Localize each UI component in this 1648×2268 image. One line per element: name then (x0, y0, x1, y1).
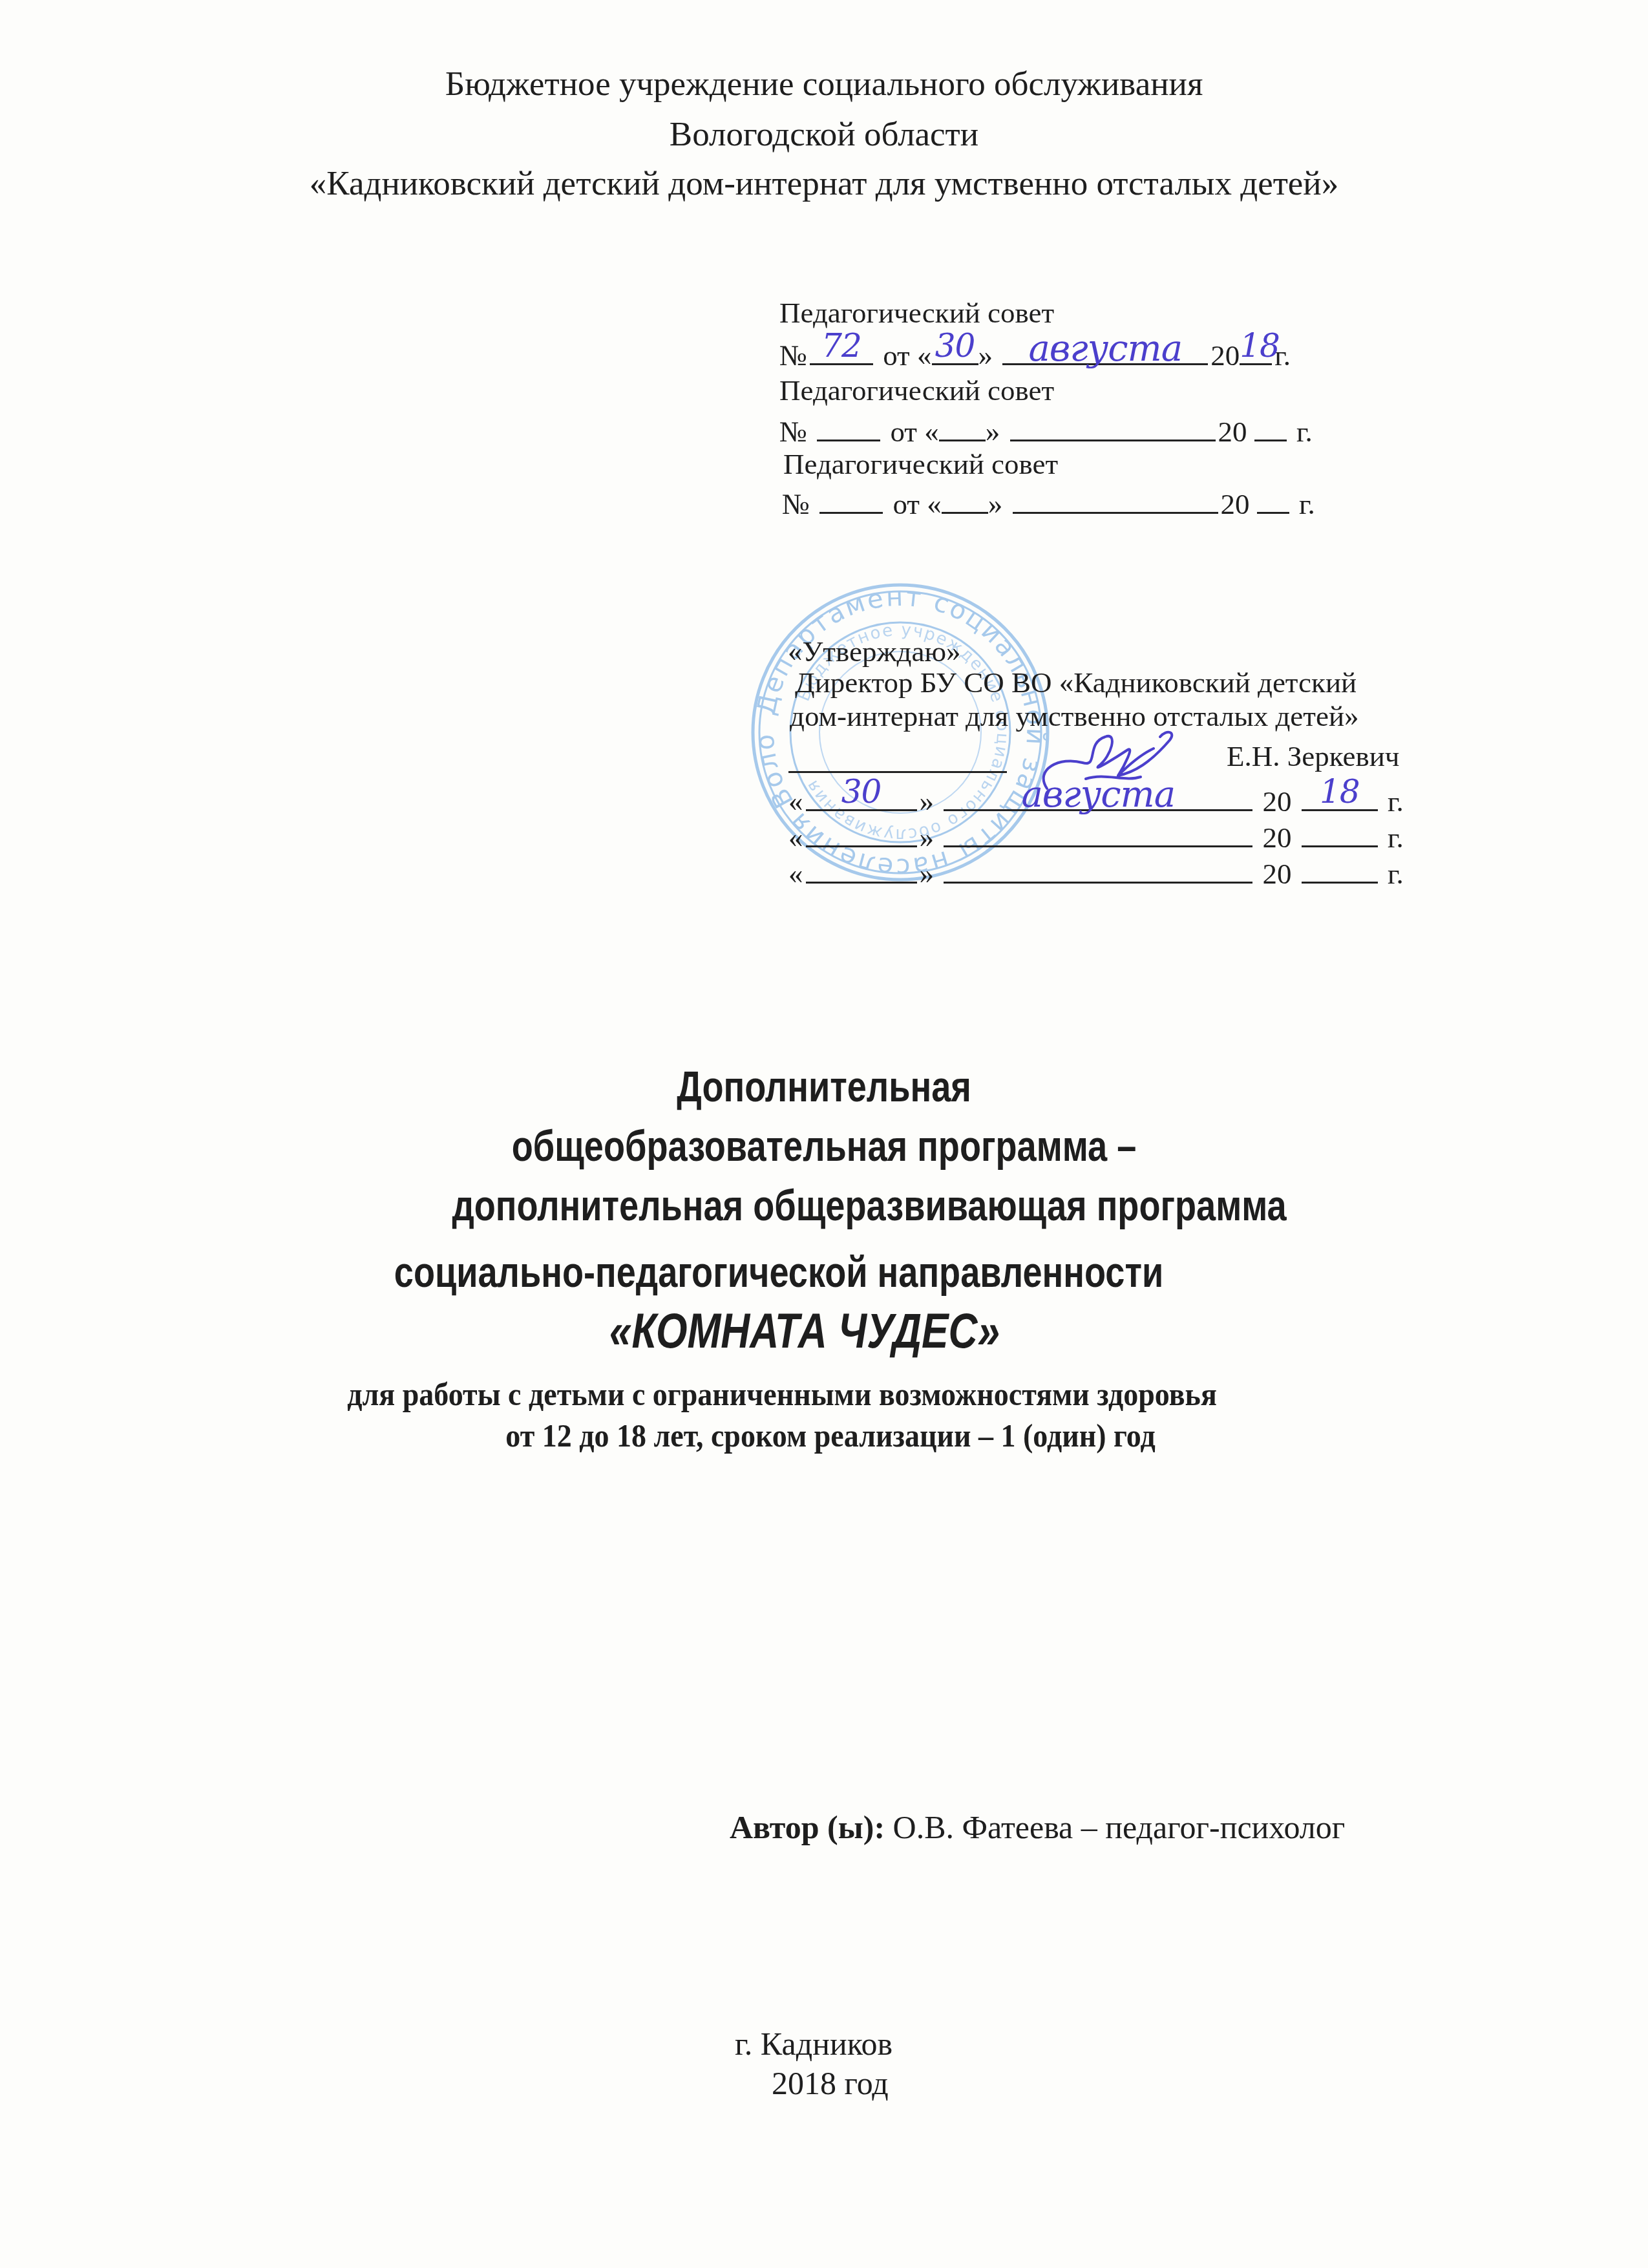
approval-year-field (1302, 820, 1378, 847)
council-month-value: августа (1002, 331, 1208, 367)
approval-year-field: 18 (1302, 783, 1378, 811)
title-line-4: социально-педагогической направленности (103, 1251, 1455, 1293)
council-day-field: 30 (932, 337, 978, 365)
quote-close: » (986, 416, 1000, 448)
approval-day-field (806, 856, 917, 884)
council-day-field (942, 486, 988, 514)
quote-open: « (788, 785, 803, 818)
council-label: Педагогический совет (783, 450, 1058, 479)
quote-open: « (788, 858, 803, 890)
year-suffix: г. (1388, 858, 1404, 890)
approval-month-field (944, 820, 1252, 847)
signatory-name: Е.Н. Зеркевич (1227, 742, 1399, 771)
council-number-field (817, 414, 880, 441)
program-age-duration: от 12 до 18 лет, сроком реализации – 1 (… (72, 1419, 1589, 1452)
council-day-field (939, 414, 986, 441)
approval-day-field (806, 820, 917, 847)
from-label: от « (890, 416, 938, 448)
approval-day-value: 30 (806, 776, 917, 808)
council-day-value: 30 (932, 330, 978, 362)
program-name: «КОМНАТА ЧУДЕС» (129, 1307, 1481, 1356)
approval-year-field (1302, 856, 1378, 884)
council-record: № от «» 20 г. (782, 486, 1315, 519)
number-sign: № (779, 339, 807, 372)
year-prefix: 20 (1218, 416, 1247, 448)
number-sign: № (779, 416, 807, 448)
council-number-value: 72 (810, 330, 873, 362)
program-target-audience: для работы с детьми с ограниченными возм… (24, 1378, 1540, 1410)
council-month-field (1010, 414, 1216, 441)
director-position-line-2: дом-интернат для умственно отсталых дете… (790, 702, 1359, 731)
year-prefix: 20 (1263, 785, 1292, 818)
from-label: от « (883, 339, 931, 372)
quote-close: » (920, 785, 935, 818)
number-sign: № (782, 488, 810, 520)
year-suffix: г. (1388, 785, 1404, 818)
signature-line (788, 771, 1007, 773)
year-prefix: 20 (1221, 488, 1250, 520)
council-month-field (1013, 486, 1218, 514)
approval-day-field: 30 (806, 783, 917, 811)
title-line-1: Дополнительная (149, 1065, 1500, 1108)
quote-close: » (920, 821, 935, 854)
author-line: Автор (ы): О.В. Фатеева – педагог-психол… (730, 1808, 1345, 1846)
council-record: №72 от «30» августа2018г. (779, 337, 1291, 370)
council-number-field: 72 (810, 337, 873, 365)
quote-close: » (978, 339, 993, 372)
council-label: Педагогический совет (779, 376, 1054, 405)
council-record: № от «» 20 г. (779, 414, 1313, 447)
author-label: Автор (ы): (730, 1809, 885, 1845)
council-year-field (1257, 486, 1289, 514)
approval-year-value: 18 (1302, 776, 1378, 808)
title-line-3: дополнительная общеразвивающая программа (194, 1184, 1545, 1227)
year-prefix: 20 (1263, 858, 1292, 890)
approve-label: «Утверждаю» (788, 637, 961, 666)
council-year-field: 18 (1240, 337, 1272, 365)
approval-month-field (944, 856, 1252, 884)
org-name-line-2: Вологодской области (0, 118, 1648, 152)
council-month-field: августа (1002, 337, 1208, 365)
quote-close: » (988, 488, 1003, 520)
year-suffix: г. (1388, 821, 1404, 854)
approval-date-row: «» 20 г. (788, 856, 1404, 889)
city: г. Кадников (735, 2025, 893, 2062)
approval-date-row: «» 20 г. (788, 820, 1404, 853)
quote-close: » (920, 858, 935, 890)
year: 2018 год (772, 2064, 889, 2102)
year-suffix: г. (1299, 488, 1315, 520)
org-name-line-1: Бюджетное учреждение социального обслужи… (0, 67, 1648, 101)
approval-month-value: августа (944, 777, 1252, 813)
quote-open: « (788, 821, 803, 854)
from-label: от « (893, 488, 941, 520)
year-suffix: г. (1296, 416, 1313, 448)
council-label: Педагогический совет (779, 299, 1054, 328)
year-prefix: 20 (1210, 339, 1240, 372)
council-number-field (819, 486, 883, 514)
director-position-line-1: Директор БУ СО ВО «Кадниковский детский (795, 668, 1357, 697)
title-line-2: общеобразовательная программа – (149, 1125, 1500, 1167)
council-year-value: 18 (1240, 330, 1272, 362)
approval-month-field: августа (944, 783, 1252, 811)
approval-date-row: «30» августа 20 18 г. (788, 783, 1404, 816)
author-value: О.В. Фатеева – педагог-психолог (885, 1809, 1345, 1845)
org-name-line-3: «Кадниковский детский дом-интернат для у… (0, 167, 1648, 201)
year-prefix: 20 (1263, 821, 1292, 854)
council-year-field (1254, 414, 1287, 441)
